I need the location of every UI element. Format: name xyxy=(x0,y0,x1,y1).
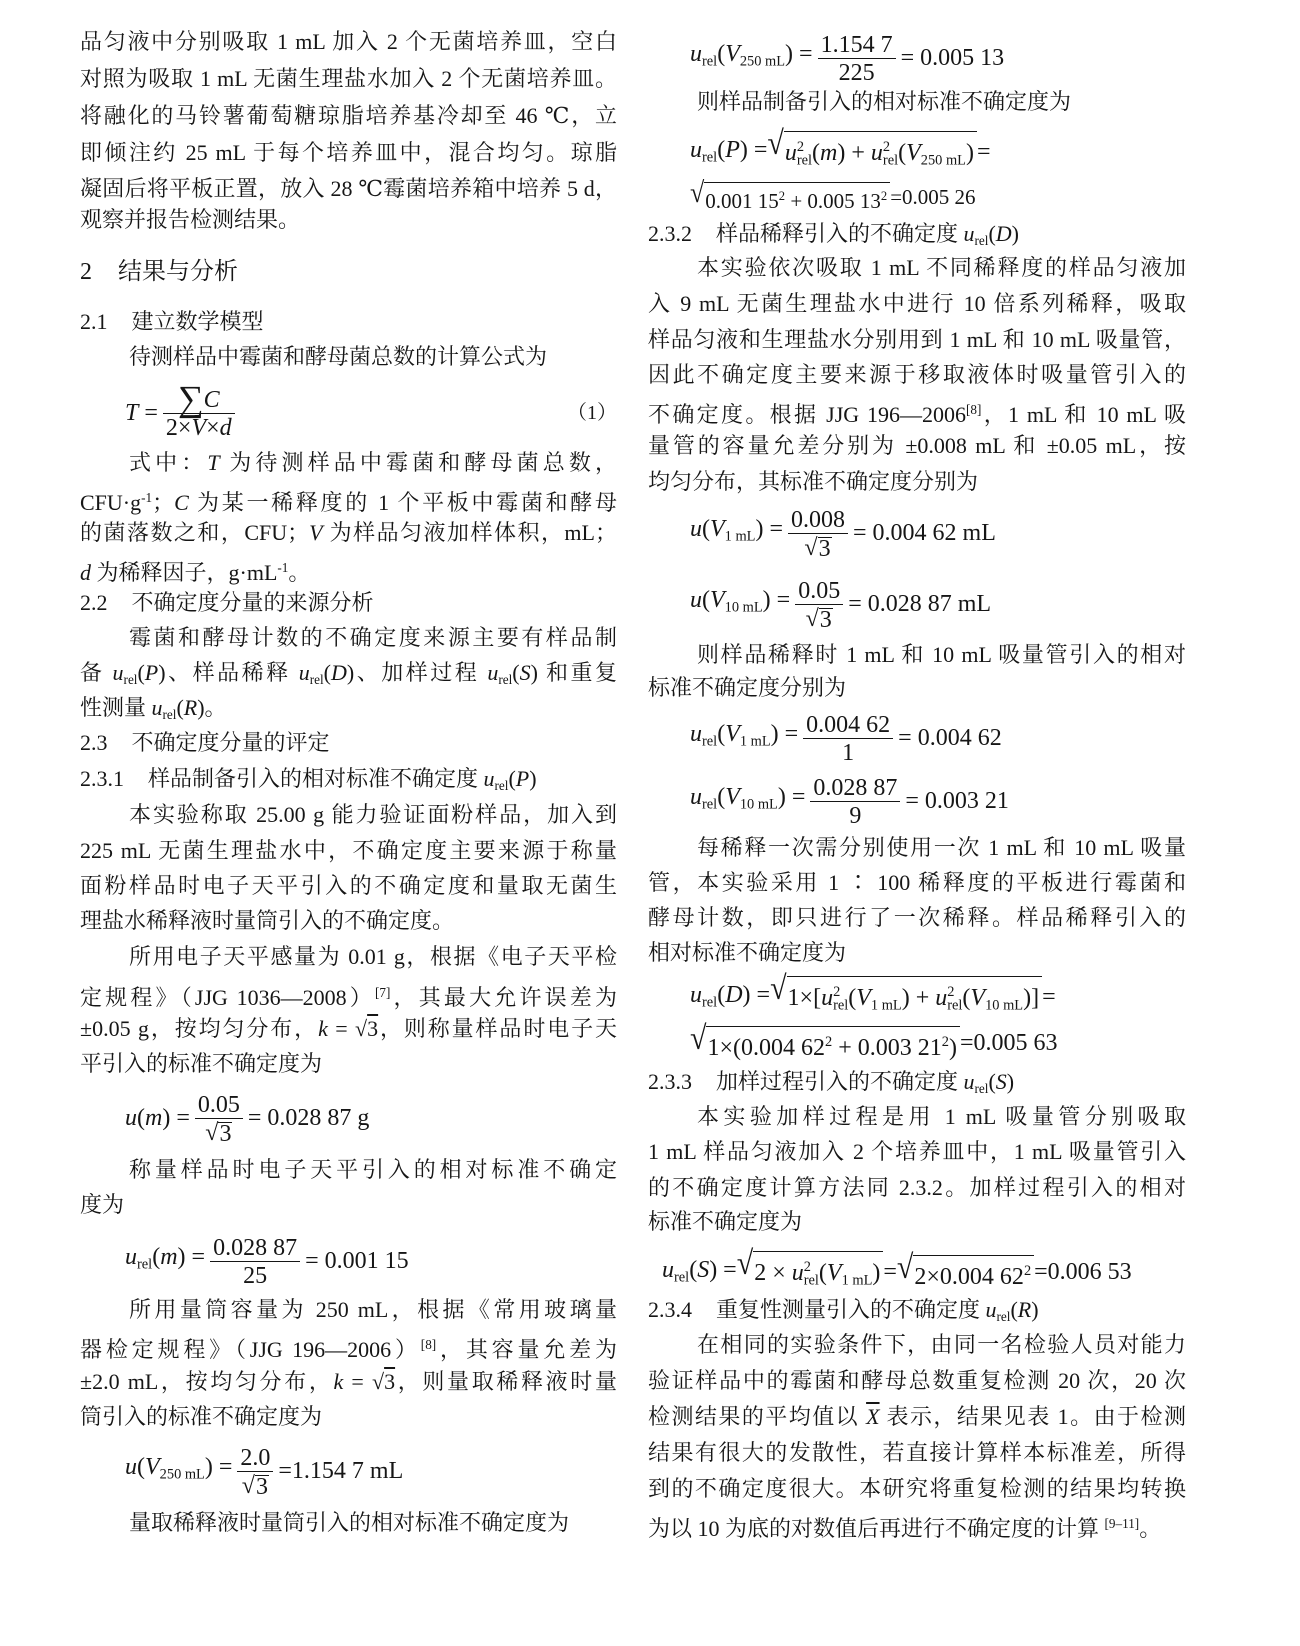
equation-result: =0.006 53 xyxy=(1034,1259,1132,1286)
text-run: 本实验加样过程是用 1 mL 吸量管分别吸取 xyxy=(697,1104,1186,1129)
paragraph-line: 式中：T 为待测样品中霉菌和酵母菌总数， xyxy=(129,447,617,479)
text-run: ) 和重复 xyxy=(531,660,617,685)
radicand: 0.001 152 + 0.005 132 xyxy=(704,182,890,215)
paragraph-line: 将融化的马铃薯葡萄糖琼脂培养基冷却至 46 ℃，立 xyxy=(80,100,617,132)
text-run: rel xyxy=(702,150,717,166)
subsubsection-heading-2-3-1: 2.3.1样品制备引入的相对标准不确定度 urel(P) xyxy=(80,763,617,795)
subsubsection-heading-2-3-4: 2.3.4重复性测量引入的不确定度 urel(R) xyxy=(648,1294,1186,1326)
text-run: ) = xyxy=(771,721,799,747)
square-root: √ 1×(0.004 622 + 0.003 212) xyxy=(690,1023,960,1063)
fraction-denominator: 9 xyxy=(810,802,900,830)
fraction-denominator: 225 xyxy=(818,59,896,87)
text-run: T xyxy=(207,450,219,475)
text-run: V xyxy=(309,520,322,545)
text-run: u xyxy=(690,784,702,810)
equation-urel-p-evaluation: √ 0.001 152 + 0.005 132 =0.005 26 xyxy=(690,177,976,217)
paragraph-line: 为以 10 为底的对数值后再进行不确定度的计算 [9–11]。 xyxy=(648,1508,1186,1540)
section-heading-results: 2结果与分析 xyxy=(80,256,617,288)
section-number: 2 xyxy=(80,256,92,288)
text-run: ) xyxy=(966,140,974,166)
paragraph-line: 管，本实验采用 1 ∶ 100 稀释度的平板进行霉菌和 xyxy=(648,867,1186,899)
text-run: 度为 xyxy=(80,1192,124,1217)
text-run: ) = xyxy=(205,1454,233,1480)
text-run: =0.005 26 xyxy=(890,185,975,209)
radical-sign-icon: √ xyxy=(205,1119,218,1147)
paragraph-line: 检测结果的平均值以 X 表示，结果见表 1。由于检测 xyxy=(648,1401,1186,1433)
text-run: 观察并报告检测结果。 xyxy=(80,207,300,232)
text-run: V xyxy=(970,985,985,1011)
fraction-denominator: √ 3 xyxy=(195,1119,243,1147)
equation-rhs: = 0.004 62 mL xyxy=(853,519,996,547)
text-run: rel xyxy=(997,1309,1011,1324)
paragraph-line: d 为稀释因子，g·mL-1。 xyxy=(80,552,617,584)
paragraph-line: 器检定规程》（JJG 196—2006）[8]，其容量允差为 xyxy=(80,1329,617,1361)
subsubsection-number: 2.3.1 xyxy=(80,763,124,795)
text-run: ) = xyxy=(162,1105,190,1131)
text-run: = 0.004 62 mL xyxy=(853,520,996,546)
text-run: C xyxy=(204,387,220,413)
paragraph-line: 所用量筒容量为 250 mL，根据《常用玻璃量 xyxy=(129,1294,617,1326)
text-run: ，则称量样品时电子天 xyxy=(378,1016,617,1041)
text-run: ) + xyxy=(837,140,871,166)
text-run: rel xyxy=(797,153,812,169)
text-run: 对照为吸取 1 mL 无菌生理盐水加入 2 个无菌培养皿。 xyxy=(80,66,617,91)
text-run: = xyxy=(883,1259,897,1285)
equation-rhs: = 0.028 87 mL xyxy=(848,590,991,618)
text-run: 为以 10 为底的对数值后再进行不确定度的计算 xyxy=(648,1516,1105,1541)
text-run: ) xyxy=(1007,1069,1014,1094)
text-run: ( xyxy=(717,41,725,67)
paragraph-line: 平引入的标准不确定度为 xyxy=(80,1048,617,1080)
subsection-heading-2-2: 2.2不确定度分量的来源分析 xyxy=(80,587,617,619)
square-root: √ 2 × u2rel(V1 mL) xyxy=(737,1248,884,1296)
text-run: T xyxy=(125,400,138,426)
equation-rhs: = 0.028 87 g xyxy=(248,1104,370,1132)
text-run: k xyxy=(334,1369,344,1394)
paragraph-line: 备 urel(P)、样品稀释 urel(D)、加样过程 urel(S) 和重复 xyxy=(80,657,617,689)
text-run: u xyxy=(986,1297,997,1322)
subsection-title: 建立数学模型 xyxy=(132,309,264,334)
radicand: 1×[u2rel(V1 mL) + u2rel(V10 mL)] xyxy=(787,976,1043,1021)
text-run: S xyxy=(996,1069,1007,1094)
text-run: D xyxy=(996,221,1012,246)
subsubsection-heading-2-3-2: 2.3.2样品稀释引入的不确定度 urel(D) xyxy=(648,218,1186,250)
paragraph-line: 面粉样品时电子天平引入的不确定度和量取无菌生 xyxy=(80,870,617,902)
text-run: 样品匀液和生理盐水分别用到 1 mL 和 10 mL 吸量管， xyxy=(648,327,1186,352)
text-run: 重复性测量引入的不确定度 xyxy=(716,1297,986,1322)
text-run: D xyxy=(331,660,347,685)
fraction: 0.05 √ 3 xyxy=(195,1090,243,1147)
text-run: 管，本实验采用 1 ∶ 100 稀释度的平板进行霉菌和 xyxy=(648,870,1186,895)
radicand: 3 xyxy=(818,537,832,561)
text-run: ) = xyxy=(785,41,813,67)
text-run: 即倾注约 25 mL 于每个培养皿中，混合均匀。琼脂 xyxy=(80,140,617,165)
text-run: )、样品稀释 xyxy=(158,660,298,685)
text-run: ( xyxy=(702,587,710,613)
text-run: ±0.05 g，按均匀分布， xyxy=(80,1016,318,1041)
radical-sign-icon: √ xyxy=(690,1019,706,1059)
text-run: ( xyxy=(717,721,725,747)
paragraph-line: 均匀分布，其标准不确定度分别为 xyxy=(648,466,1186,498)
radical-sign-icon: √ xyxy=(242,1472,255,1500)
paragraph-line: 的菌落数之和，CFU；V 为样品匀液加样体积，mL； xyxy=(80,517,617,549)
equation-lhs: urel(V10 mL) = xyxy=(690,783,805,819)
paragraph-line: ±2.0 mL，按均匀分布，k = √3，则量取稀释液时量 xyxy=(80,1366,617,1398)
text-run: 250 mL xyxy=(740,54,785,70)
text-run: V xyxy=(856,985,871,1011)
radical-sign-icon: √ xyxy=(804,534,817,562)
fraction: 0.05 √ 3 xyxy=(795,576,843,633)
text-run: ( xyxy=(1010,1297,1017,1322)
text-run: 2×0.004 62 xyxy=(914,1264,1024,1290)
equation-result: =0.005 26 xyxy=(890,185,975,210)
paragraph-line: 称量样品时电子天平引入的相对标准不确定 xyxy=(129,1154,617,1186)
paragraph-line: 定规程》（JJG 1036—2008）[7]，其最大允许误差为 xyxy=(80,977,617,1009)
text-run: X xyxy=(866,1404,879,1429)
text-run: ( xyxy=(176,695,183,720)
text-run: 所用电子天平感量为 0.01 g，根据《电子天平检 xyxy=(129,944,617,969)
text-run: 3 xyxy=(219,1121,231,1147)
text-run: d xyxy=(220,414,232,442)
text-run: 0.004 62 xyxy=(806,712,890,738)
equation-lhs: u(m) = xyxy=(125,1104,190,1132)
text-run: 性测量 xyxy=(80,695,152,720)
subsection-number: 2.1 xyxy=(80,306,108,338)
text-run: ( xyxy=(717,137,725,163)
text-run: u xyxy=(964,221,975,246)
equation-u-v250: u(V250 mL) = 2.0 √ 3 =1.154 7 mL xyxy=(125,1442,403,1500)
equation-urel-v10ml: urel(V10 mL) = 0.028 87 9 = 0.003 21 xyxy=(690,772,1009,830)
text-run: [8] xyxy=(421,1337,436,1352)
text-run: 相对标准不确定度为 xyxy=(648,940,846,965)
fraction-denominator: 25 xyxy=(210,1262,300,1290)
text-run: P xyxy=(516,766,529,791)
radicand: 2 × u2rel(V1 mL) xyxy=(753,1251,883,1296)
paragraph-line: 酵母计数，即只进行了一次稀释。样品稀释引入的 xyxy=(648,902,1186,934)
text-run: ) = xyxy=(740,137,768,163)
subsubsection-title: 样品稀释引入的不确定度 urel(D) xyxy=(716,221,1019,246)
text-run: u xyxy=(935,985,947,1011)
text-run: + 0.005 13 xyxy=(785,189,881,213)
text-run: 本实验依次吸取 1 mL 不同稀释度的样品匀液加 xyxy=(697,255,1186,280)
text-run: ，1 mL 和 10 mL 吸 xyxy=(981,402,1186,427)
text-run: 为稀释因子，g·mL xyxy=(91,560,277,585)
text-run: ( xyxy=(898,140,906,166)
text-run: ( xyxy=(137,660,144,685)
fraction-numerator: 0.008 xyxy=(788,505,848,534)
text-run: V xyxy=(710,587,725,613)
text-run: 9 xyxy=(849,802,861,830)
paragraph-line: 本实验依次吸取 1 mL 不同稀释度的样品匀液加 xyxy=(697,252,1186,284)
text-run: [9–11] xyxy=(1105,1516,1140,1531)
text-run: -1 xyxy=(141,490,152,505)
equation-urel-p: urel(P) = √ u2rel(m) + u2rel(V250 mL) = xyxy=(690,132,991,172)
text-run: = xyxy=(328,1016,355,1041)
equation-rhs: = xyxy=(1042,984,1056,1011)
subsubsection-number: 2.3.3 xyxy=(648,1066,692,1098)
text-run: u xyxy=(690,982,702,1008)
text-run: 1 mL 样品匀液加入 2 个培养皿中，1 mL 吸量管引入 xyxy=(648,1139,1186,1164)
fraction-denominator: √ 3 xyxy=(788,534,848,562)
text-run: 0.001 15 xyxy=(705,189,779,213)
text-run: ( xyxy=(717,982,725,1008)
paragraph-line: 本实验称取 25.00 g 能力验证面粉样品，加入到 xyxy=(129,799,617,831)
paragraph-line: 因此不确定度主要来源于移取液体时吸量管引入的 xyxy=(648,359,1186,391)
fraction-numerator: 2.0 xyxy=(237,1443,273,1472)
paragraph-line: 品匀液中分别吸取 1 mL 加入 2 个无菌培养皿，空白 xyxy=(80,26,617,58)
fraction: 1.154 7 225 xyxy=(818,30,896,87)
text-run: V xyxy=(191,414,206,442)
text-run: 2 xyxy=(881,189,887,203)
radicand: 3 xyxy=(819,608,833,632)
equation-rhs: = 0.003 21 xyxy=(905,787,1009,815)
paragraph-line: 验证样品中的霉菌和酵母总数重复检测 20 次，20 次 xyxy=(648,1365,1186,1397)
text-run: 0.028 87 xyxy=(813,775,897,801)
text-run: × xyxy=(206,414,220,442)
text-run: 1 xyxy=(842,739,854,767)
radical-sign-icon: √ xyxy=(806,605,819,633)
text-run: V xyxy=(145,1454,160,1480)
text-run: ( xyxy=(819,1260,827,1286)
text-run: ，其最大允许误差为 xyxy=(390,985,617,1010)
text-run: 结果有很大的发散性，若直接计算样本标准差，所得 xyxy=(648,1440,1186,1465)
text-run: ，则量取稀释液时量 xyxy=(395,1369,617,1394)
text-run: 3 xyxy=(384,1369,395,1394)
paragraph-line: 凝固后将平板正置，放入 28 ℃霉菌培养箱中培养 5 d， xyxy=(80,173,617,205)
text-run: 为样品匀液加样体积，mL； xyxy=(323,520,617,545)
text-run: rel xyxy=(975,1081,989,1096)
fraction: 0.028 87 9 xyxy=(810,773,900,830)
equation-lhs: T = xyxy=(125,399,158,427)
text-run: 3 xyxy=(819,536,831,562)
text-run: ) xyxy=(872,1260,880,1286)
text-run: u xyxy=(690,721,702,747)
text-run: rel xyxy=(702,734,717,750)
subsection-heading-2-3: 2.3不确定度分量的评定 xyxy=(80,727,617,759)
equation-lhs: urel(D) = xyxy=(690,982,770,1012)
text-run: 霉菌和酵母计数的不确定度来源主要有样品制 xyxy=(129,625,617,650)
text-run: 表示，结果见表 1。由于检测 xyxy=(880,1404,1186,1429)
paragraph-line: CFU·g-1；C 为某一稀释度的 1 个平板中霉菌和酵母 xyxy=(80,482,617,514)
text-run: ( xyxy=(717,784,725,810)
square-root: √ 2×0.004 622 xyxy=(897,1252,1034,1292)
radical-sign-icon: √ xyxy=(770,969,786,1009)
text-run: 加样过程引入的不确定度 xyxy=(716,1069,964,1094)
text-run: ，其容量允差为 xyxy=(436,1337,617,1362)
text-run: ) xyxy=(529,766,536,791)
paragraph-line: 度为 xyxy=(80,1189,617,1221)
text-run: 将融化的马铃薯葡萄糖琼脂培养基冷却至 46 ℃，立 xyxy=(80,103,617,128)
text-run: 0.008 xyxy=(791,507,845,533)
text-run: ( xyxy=(324,660,331,685)
text-run: 10 mL xyxy=(725,600,763,616)
text-run: 。 xyxy=(1139,1516,1161,1541)
text-run: u xyxy=(871,140,883,166)
equation-number: （1） xyxy=(560,397,617,429)
text-run: = 0.003 21 xyxy=(905,788,1009,814)
text-run: 不确定度。根据 JJG 196—2006 xyxy=(648,402,966,427)
text-run: 10 mL xyxy=(985,998,1023,1014)
text-run: ) xyxy=(949,1035,957,1061)
paragraph-line: 不确定度。根据 JJG 196—2006[8]，1 mL 和 10 mL 吸 xyxy=(648,394,1186,426)
subsubsection-title: 样品制备引入的相对标准不确定度 urel(P) xyxy=(148,766,537,791)
equation-u-m: u(m) = 0.05 √ 3 = 0.028 87 g xyxy=(125,1089,369,1147)
square-root: √ 3 xyxy=(806,605,833,633)
paragraph-line: 结果有很大的发散性，若直接计算样本标准差，所得 xyxy=(648,1437,1186,1469)
subsection-heading-2-1: 2.1建立数学模型 xyxy=(80,306,617,338)
equation-lhs: u(V250 mL) = xyxy=(125,1453,232,1489)
equation-urel-v250: urel(V250 mL) = 1.154 7 225 = 0.005 13 xyxy=(690,29,1004,87)
text-run: ； xyxy=(152,490,174,515)
text-run: 1 mL xyxy=(740,734,771,750)
paragraph-line: 则样品制备引入的相对标准不确定度为 xyxy=(697,86,1186,118)
text-run: 式中： xyxy=(129,450,207,475)
text-run: ( xyxy=(137,1105,145,1131)
text-run: 验证样品中的霉菌和酵母总数重复检测 20 次，20 次 xyxy=(648,1368,1186,1393)
text-run: V xyxy=(906,140,921,166)
text-run: =0.005 63 xyxy=(960,1030,1058,1056)
text-run: rel xyxy=(163,707,177,722)
text-run: u xyxy=(125,1105,137,1131)
text-run: + 0.003 21 xyxy=(832,1035,942,1061)
text-run: [8] xyxy=(966,402,981,417)
fraction: 2.0 √ 3 xyxy=(237,1443,273,1500)
equation-urel-m: urel(m) = 0.028 87 25 = 0.001 15 xyxy=(125,1232,409,1290)
text-run: ∑ xyxy=(178,378,204,418)
equation-lhs: urel(V250 mL) = xyxy=(690,40,813,76)
equation-urel-v1ml: urel(V1 mL) = 0.004 62 1 = 0.004 62 xyxy=(690,709,1002,767)
text-run: = xyxy=(343,1369,372,1394)
text-run: 2 xyxy=(1024,1263,1031,1279)
fraction-denominator: 1 xyxy=(803,739,893,767)
text-run: 所用量筒容量为 250 mL，根据《常用玻璃量 xyxy=(129,1297,617,1322)
section-title: 结果与分析 xyxy=(118,258,238,285)
radical-sign-icon: √ xyxy=(767,124,783,164)
fraction: ∑C 2×V ×d xyxy=(163,385,235,442)
text-run: 在相同的实验条件下，由同一名检验人员对能力 xyxy=(697,1332,1186,1357)
text-run: rel xyxy=(702,54,717,70)
paragraph-line: 标准不确定度为 xyxy=(648,1206,1186,1238)
subsubsection-title: 重复性测量引入的不确定度 urel(R) xyxy=(716,1297,1039,1322)
text-run: u xyxy=(792,1260,804,1286)
text-run: ( xyxy=(152,1244,160,1270)
paragraph-line: 的不确定度计算方法同 2.3.2。加样过程引入的相对 xyxy=(648,1172,1186,1204)
paragraph-line: 量管的容量允差分别为 ±0.008 mL 和 ±0.05 mL，按 xyxy=(648,430,1186,462)
subsubsection-number: 2.3.2 xyxy=(648,218,692,250)
text-run: ( xyxy=(689,1257,697,1283)
equation-urel-d-evaluation: √ 1×(0.004 622 + 0.003 212) =0.005 63 xyxy=(690,1023,1058,1063)
text-run: ( xyxy=(508,766,515,791)
paragraph-line: 筒引入的标准不确定度为 xyxy=(80,1401,617,1433)
paragraph-line: 所用电子天平感量为 0.01 g，根据《电子天平检 xyxy=(129,941,617,973)
text-run: 因此不确定度主要来源于移取液体时吸量管引入的 xyxy=(648,362,1186,387)
text-run: R xyxy=(1018,1297,1031,1322)
text-run: V xyxy=(725,41,740,67)
text-run: 2× xyxy=(166,414,192,442)
text-run: P xyxy=(145,660,158,685)
text-run: u xyxy=(964,1069,975,1094)
radical-sign-icon: √ xyxy=(737,1244,753,1284)
text-run: 凝固后将平板正置，放入 28 ℃霉菌培养箱中培养 5 d， xyxy=(80,176,617,201)
equation-lhs: urel(S) = xyxy=(662,1257,737,1287)
text-run: 1 mL xyxy=(725,529,756,545)
text-run: 225 mL 无菌生理盐水中，不确定度主要来源于称量 xyxy=(80,838,617,863)
square-root: √ 1×[u2rel(V1 mL) + u2rel(V10 mL)] xyxy=(770,973,1042,1021)
text-run: rel xyxy=(310,672,324,687)
text-run: 1.154 7 xyxy=(821,32,893,58)
text-run: = 0.028 87 g xyxy=(248,1105,370,1131)
text-run: m xyxy=(160,1244,177,1270)
text-run: ( xyxy=(812,140,820,166)
text-run: ) = xyxy=(178,1244,206,1270)
text-run: 10 mL xyxy=(740,797,778,813)
text-run: k xyxy=(318,1016,328,1041)
fraction-denominator: √ 3 xyxy=(795,605,843,633)
equation-u-v1ml: u(V1 mL) = 0.008 √ 3 = 0.004 62 mL xyxy=(690,504,996,562)
text-run: ) + xyxy=(902,985,936,1011)
text-run: 均匀分布，其标准不确定度分别为 xyxy=(648,469,978,494)
text-run: u xyxy=(484,766,495,791)
paragraph-line: 225 mL 无菌生理盐水中，不确定度主要来源于称量 xyxy=(80,835,617,867)
text-run: 3 xyxy=(256,1474,268,1500)
equation-u-v10ml: u(V10 mL) = 0.05 √ 3 = 0.028 87 mL xyxy=(690,575,991,633)
subsubsection-number: 2.3.4 xyxy=(648,1294,692,1326)
text-run: rel xyxy=(975,233,989,248)
text-run: rel xyxy=(702,797,717,813)
equation-rhs: = 0.001 15 xyxy=(305,1247,409,1275)
equation-lhs: urel(m) = xyxy=(125,1243,205,1279)
text-run: 2.0 xyxy=(240,1445,270,1471)
text-run: ( xyxy=(512,660,519,685)
text-run: 250 mL xyxy=(160,1467,205,1483)
text-run: ( xyxy=(137,1454,145,1480)
text-run: m xyxy=(820,140,837,166)
text-run: )] xyxy=(1023,985,1039,1011)
text-run: √ xyxy=(355,1016,367,1041)
paragraph-line: 到的不确定度很大。本研究将重复检测的结果均转换 xyxy=(648,1473,1186,1505)
text-run: u xyxy=(690,137,702,163)
text-run: 0.05 xyxy=(198,1092,240,1118)
text-run: 0.028 87 xyxy=(213,1235,297,1261)
subsection-number: 2.2 xyxy=(80,587,108,619)
text-run: ) = xyxy=(755,516,783,542)
text-run: 酵母计数，即只进行了一次稀释。样品稀释引入的 xyxy=(648,905,1186,930)
fraction-numerator: ∑C xyxy=(163,385,235,414)
text-run: 2 × xyxy=(754,1260,792,1286)
text-run: u xyxy=(690,587,702,613)
text-run: =0.006 53 xyxy=(1034,1259,1132,1285)
equation-result: =0.005 63 xyxy=(960,1030,1058,1057)
text-run: )。 xyxy=(197,695,226,720)
equation-1-total-count: T = ∑C 2×V ×d xyxy=(125,384,240,442)
text-run: 待测样品中霉菌和酵母菌总数的计算公式为 xyxy=(129,344,547,369)
text-run: 检测结果的平均值以 xyxy=(648,1404,866,1429)
text-run: [7] xyxy=(375,985,390,1000)
text-run: 样品制备引入的相对标准不确定度 xyxy=(148,766,484,791)
text-run: 1 mL xyxy=(842,1273,873,1289)
text-run: = xyxy=(977,139,991,165)
text-run: √ xyxy=(372,1369,384,1394)
text-run: = xyxy=(1042,984,1056,1010)
text-run: R xyxy=(184,695,197,720)
fraction: 0.004 62 1 xyxy=(803,710,893,767)
text-run: rel xyxy=(883,153,898,169)
text-run: 1×[ xyxy=(788,985,822,1011)
text-run: u xyxy=(299,660,310,685)
text-run: =1.154 7 mL xyxy=(278,1458,403,1484)
text-run: rel xyxy=(833,998,848,1014)
text-run: d xyxy=(80,560,91,585)
